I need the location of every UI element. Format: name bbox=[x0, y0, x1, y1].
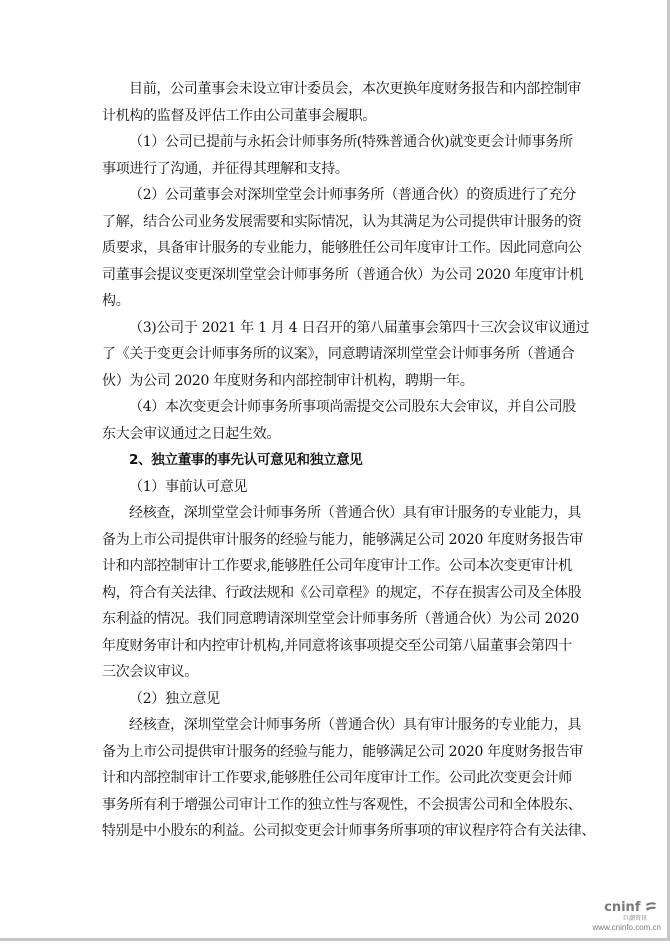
cninfo-swirl-icon bbox=[645, 900, 657, 915]
document-body: 目前，公司董事会未设立审计委员会，本次更换年度财务报告和内部控制审计机构的监督及… bbox=[102, 76, 568, 845]
text-line: 特别是中小股东的利益。公司拟变更会计师事务所事项的审议程序符合有关法律、 bbox=[102, 818, 568, 845]
text-line: 事项进行了沟通，并征得其理解和支持。 bbox=[102, 156, 568, 183]
cninfo-subtitle: 巨潮资讯 bbox=[569, 915, 661, 923]
cninfo-url: www.cninfo.com.cn bbox=[569, 923, 661, 933]
text-line: 经核查，深圳堂堂会计师事务所（普通合伙）具有审计服务的专业能力，具 bbox=[102, 500, 568, 527]
text-line: （2）独立意见 bbox=[102, 686, 568, 713]
text-line: 东大会审议通过之日起生效。 bbox=[102, 421, 568, 448]
text-line: 了解，结合公司业务发展需要和实际情况，认为其满足为公司提供审计服务的资 bbox=[102, 209, 568, 236]
section-heading: 2、独立董事的事先认可意见和独立意见 bbox=[102, 447, 568, 474]
text-line: 备为上市公司提供审计服务的经验与能力，能够满足公司 2020 年度财务报告审 bbox=[102, 527, 568, 554]
text-line: （1）事前认可意见 bbox=[102, 474, 568, 501]
text-line: 目前，公司董事会未设立审计委员会，本次更换年度财务报告和内部控制审 bbox=[102, 76, 568, 103]
text-line: 备为上市公司提供审计服务的经验与能力，能够满足公司 2020 年度财务报告审 bbox=[102, 739, 568, 766]
text-line: 计机构的监督及评估工作由公司董事会履职。 bbox=[102, 103, 568, 130]
text-line: 了《关于变更会计师事务所的议案》，同意聘请深圳堂堂会计师事务所（普通合 bbox=[102, 341, 568, 368]
text-line: （4）本次变更会计师事务所事项尚需提交公司股东大会审议，并自公司股 bbox=[102, 394, 568, 421]
text-line: 三次会议审议。 bbox=[102, 659, 568, 686]
text-line: 东利益的情况。我们同意聘请深圳堂堂会计师事务所（普通合伙）为公司 2020 bbox=[102, 606, 568, 633]
text-line: 司董事会提议变更深圳堂堂会计师事务所（普通合伙）为公司 2020 年度审计机 bbox=[102, 262, 568, 289]
text-line: （2）公司董事会对深圳堂堂会计师事务所（普通合伙）的资质进行了充分 bbox=[102, 182, 568, 209]
text-line: 构。 bbox=[102, 288, 568, 315]
cninfo-logo: cninf bbox=[569, 901, 661, 915]
text-line: 事务所有利于增强公司审计工作的独立性与客观性，不会损害公司和全体股东、 bbox=[102, 792, 568, 819]
text-line: （1）公司已提前与永拓会计师事务所(特殊普通合伙)就变更会计师事务所 bbox=[102, 129, 568, 156]
text-line: 计和内部控制审计工作要求,能够胜任公司年度审计工作。公司本次变更审计机 bbox=[102, 553, 568, 580]
document-page: 目前，公司董事会未设立审计委员会，本次更换年度财务报告和内部控制审计机构的监督及… bbox=[0, 0, 670, 941]
text-line: 质要求，具备审计服务的专业能力，能够胜任公司年度审计工作。因此同意向公 bbox=[102, 235, 568, 262]
text-line: 经核查，深圳堂堂会计师事务所（普通合伙）具有审计服务的专业能力，具 bbox=[102, 712, 568, 739]
cninfo-watermark: cninf 巨潮资讯 www.cninfo.com.cn bbox=[569, 901, 661, 933]
text-line: 构，符合有关法律、行政法规和《公司章程》的规定，不存在损害公司及全体股 bbox=[102, 580, 568, 607]
text-line: 计和内部控制审计工作要求,能够胜任公司年度审计工作。公司此次变更会计师 bbox=[102, 765, 568, 792]
text-line: （3)公司于 2021 年 1 月 4 日召开的第八届董事会第四十三次会议审议通… bbox=[102, 315, 568, 342]
text-line: 伙）为公司 2020 年度财务和内部控制审计机构，聘期一年。 bbox=[102, 368, 568, 395]
text-line: 年度财务审计和内控审计机构,并同意将该事项提交至公司第八届董事会第四十 bbox=[102, 633, 568, 660]
